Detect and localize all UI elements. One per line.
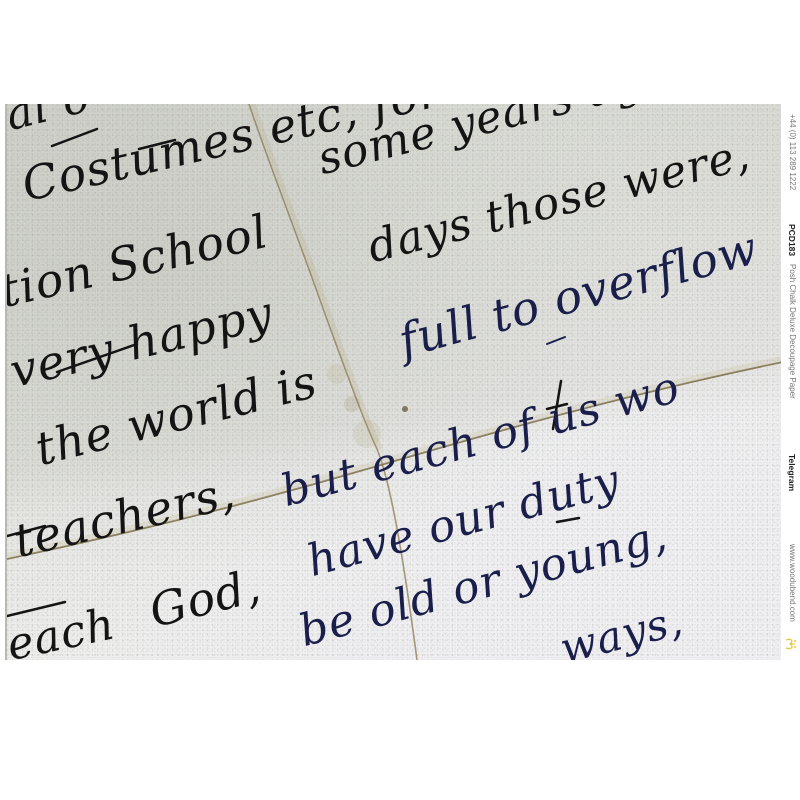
product-name: Telegram [787,454,797,491]
product-info-strip: +44 (0) 113 289 1222 PCD183 Posh Chalk D… [781,104,800,660]
product-code: PCD183 [787,224,797,256]
phone-number: +44 (0) 113 289 1222 [788,114,797,190]
product-description: Posh Chalk Deluxe Decoupage Paper [788,264,797,399]
handwritten-letter-photo: al o Costumes etc, for some years ago, t… [5,104,783,660]
woodubend-logo-icon [783,637,797,651]
product-image-canvas: al o Costumes etc, for some years ago, t… [0,0,800,800]
website-link: www.woodubend.com [788,544,797,622]
